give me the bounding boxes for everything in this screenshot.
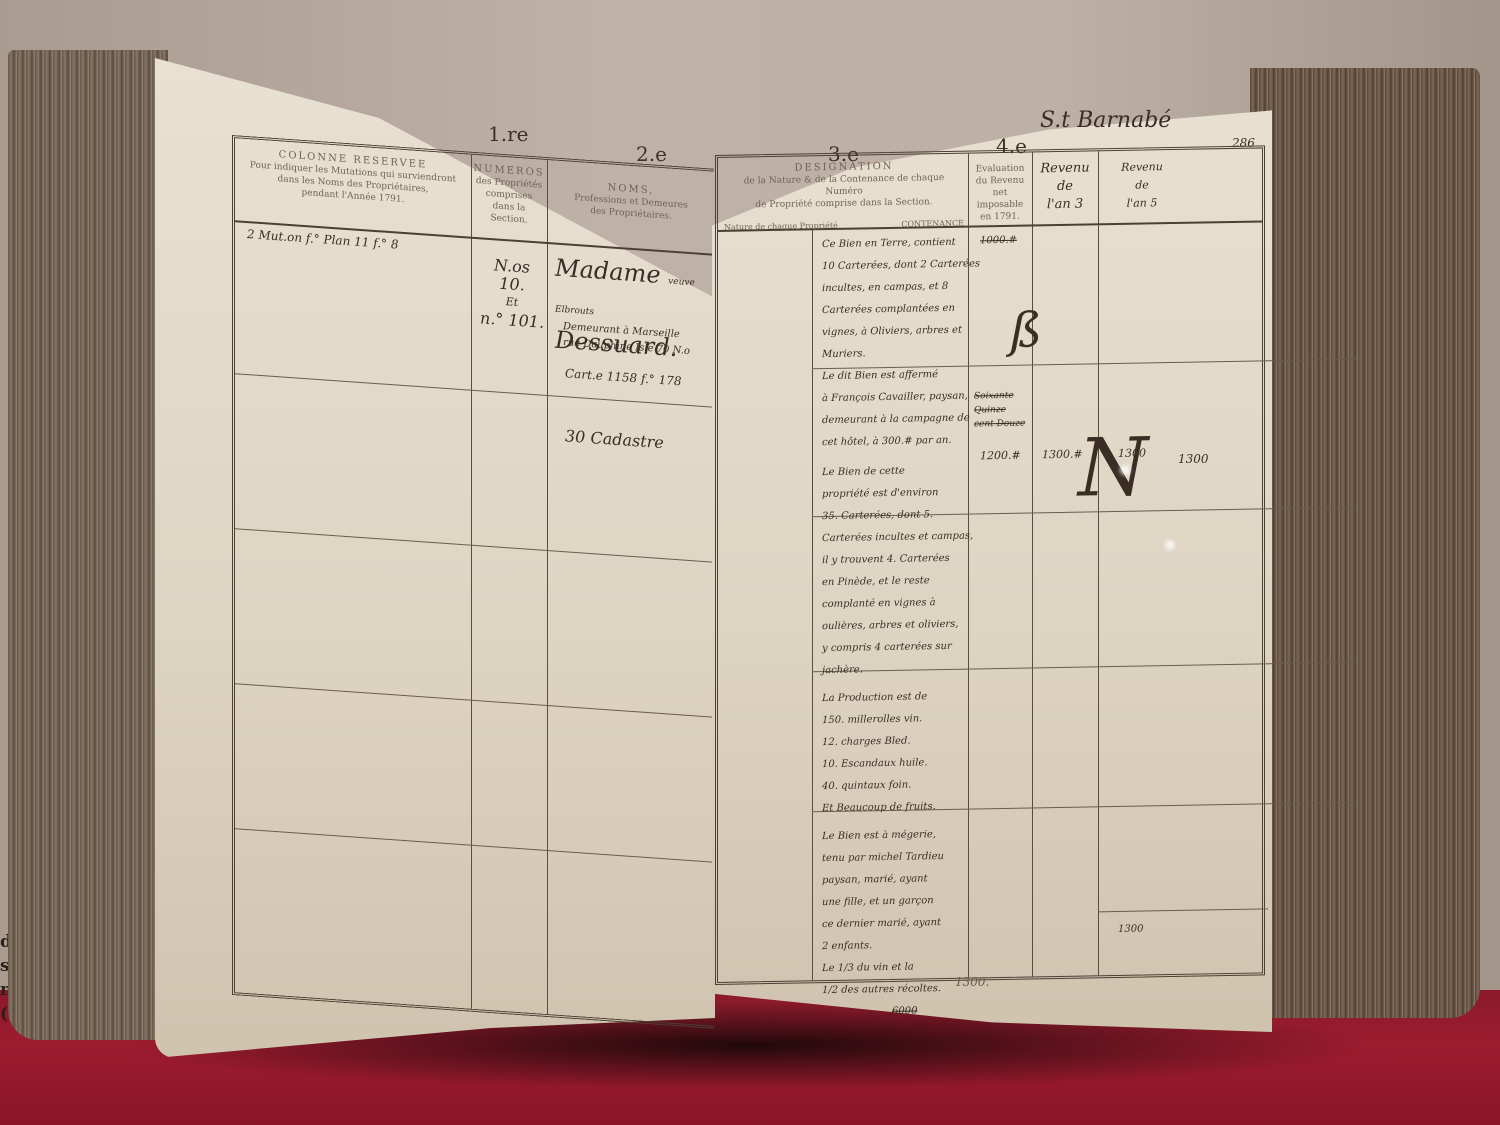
book-fore-edge-left: [8, 50, 168, 1040]
pencil-mark-N: N: [1078, 420, 1148, 514]
evaluation-row2: 1200.#: [980, 449, 1021, 463]
row-divider: [235, 528, 714, 562]
footer-box-line: [1098, 908, 1268, 912]
header-revenue-an5: Revenu de l'an 5: [1102, 158, 1182, 213]
column-divider: [547, 160, 548, 1014]
header-names-column: NOMS, Professions et Demeures des Propri…: [551, 178, 711, 225]
row-divider: [235, 828, 714, 862]
header-reserved-column: COLONNE RESERVEE Pour indiquer les Mutat…: [239, 146, 467, 210]
column-number-2: 2.e: [636, 142, 667, 166]
column-divider: [968, 154, 969, 978]
pencil-mark-B: ß: [1010, 302, 1042, 359]
glass-reflection: [1165, 540, 1175, 550]
footer-total: 1300.: [955, 975, 989, 989]
footer-box-value: 1300: [1118, 924, 1143, 935]
cadastre-reference: Cart.e 1158 f.° 178: [565, 366, 682, 388]
parish-annotation: S.t Barnabé: [1040, 108, 1171, 133]
subheader-nature: Nature de chaque Propriété: [724, 220, 838, 234]
property-numbers: N.os 10. Et n.° 101.: [479, 255, 545, 332]
evaluation-row1: 1000.#: [980, 235, 1017, 247]
column-divider: [1098, 151, 1099, 975]
evaluation-row2-struck: Soixante Quinze cent Douze: [974, 389, 1025, 432]
header-revenue-an3: Revenu de l'an 3: [1034, 159, 1096, 214]
header-evaluation: Evaluation du Revenu net imposable en 17…: [970, 163, 1030, 224]
contenance-text: Ce Bien en Terre, contient 10 Carterées,…: [822, 232, 967, 1025]
header-numbers-column: NUMEROS des Propriétés comprises dans la…: [473, 163, 545, 228]
subheader-contenance: CONTENANCE: [901, 218, 964, 231]
header-designation: DESIGNATION de la Nature & de la Contena…: [724, 160, 964, 234]
column-divider: [812, 228, 813, 980]
revenue-an3-row2: 1300.#: [1042, 448, 1083, 462]
glass-reflection: [1120, 465, 1130, 475]
column-divider: [471, 155, 472, 1009]
column-divider: [1032, 152, 1033, 976]
margin-value: 1300: [1178, 452, 1209, 466]
left-table-frame: COLONNE RESERVEE Pour indiquer les Mutat…: [232, 135, 714, 1029]
cadastre-extra-note: 30 Cadastre: [565, 426, 664, 452]
book-fore-edge-right: [1250, 68, 1480, 1018]
column-number-1: 1.re: [488, 122, 528, 146]
row-divider: [235, 683, 714, 717]
right-table-frame: DESIGNATION de la Nature & de la Contena…: [715, 145, 1265, 985]
